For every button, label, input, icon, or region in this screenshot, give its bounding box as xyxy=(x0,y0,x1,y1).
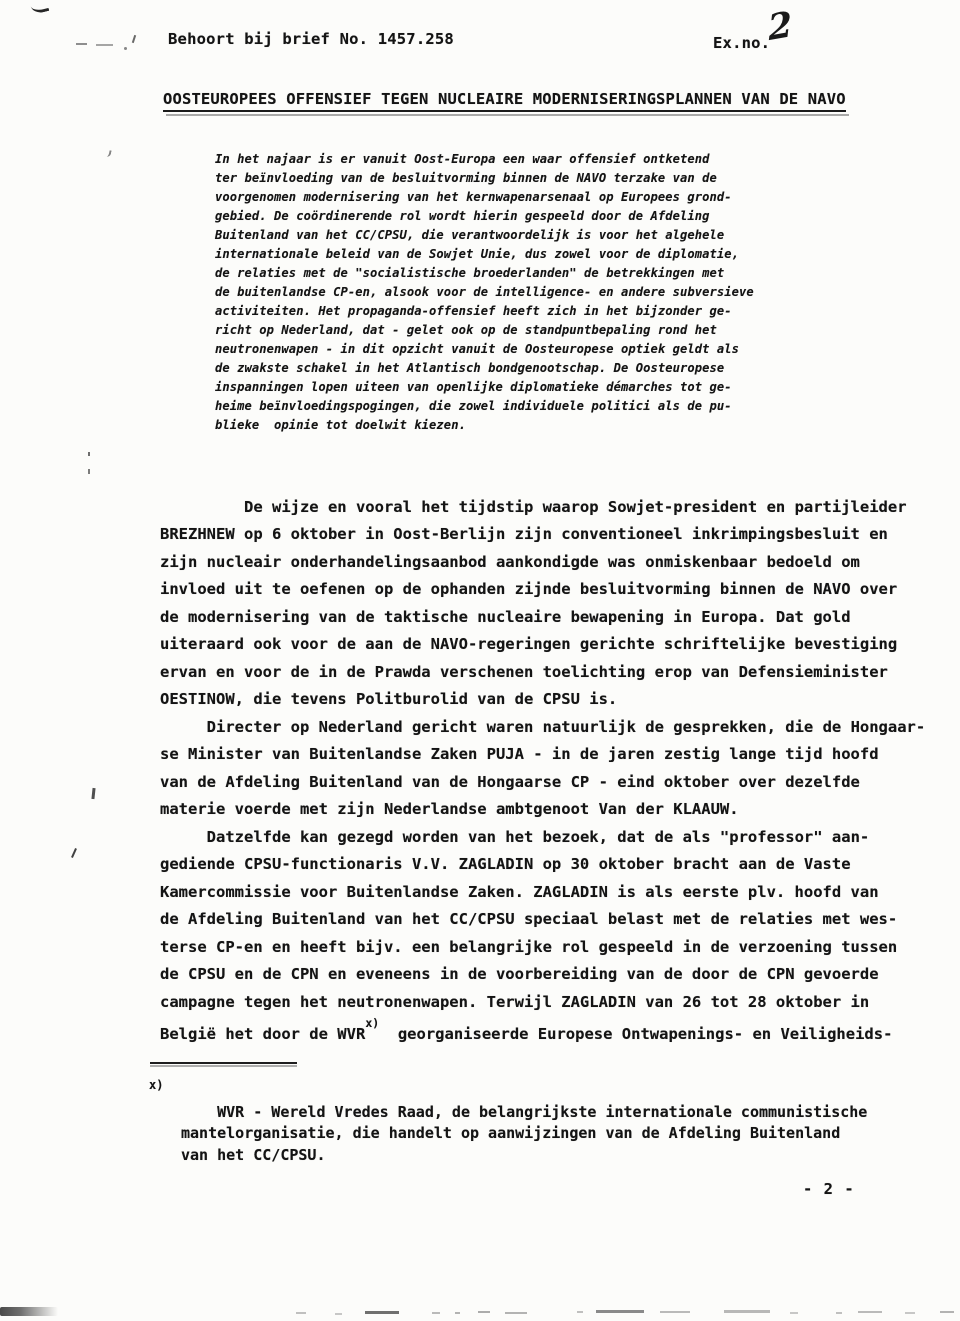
header-reference: Behoort bij brief No. 1457.258 xyxy=(168,30,454,48)
scan-artifact-edge-dash xyxy=(596,1310,644,1313)
page-number: - 2 - xyxy=(803,1180,855,1198)
scanned-document-page: Behoort bij brief No. 1457.258 Ex.no. 2 … xyxy=(0,0,960,1321)
scan-artifact-dot xyxy=(124,47,127,50)
scan-artifact-edge-dash xyxy=(790,1312,798,1314)
scan-artifact-edge-dash xyxy=(905,1312,915,1314)
scan-artifact-edge-dash xyxy=(724,1310,770,1313)
scan-artifact-edge-dash xyxy=(335,1313,342,1315)
body-paragraph-1: De wijze en vooral het tijdstip waarop S… xyxy=(160,498,907,709)
scan-artifact-edge-dash xyxy=(836,1312,842,1314)
scan-artifact-edge-dash xyxy=(478,1311,490,1313)
footnote-marker: x) xyxy=(149,1075,163,1097)
body-paragraph-3-continued: georganiseerde Europese Ontwapenings- en… xyxy=(379,1025,892,1043)
exemplar-number-label: Ex.no. xyxy=(713,34,770,52)
document-title: OOSTEUROPEES OFFENSIEF TEGEN NUCLEAIRE M… xyxy=(163,90,846,112)
footnote: x)WVR - Wereld Vredes Raad, de belangrij… xyxy=(181,1080,881,1188)
scan-artifact-smudge xyxy=(76,43,87,45)
scan-artifact-edge-dash xyxy=(365,1311,399,1314)
scan-artifact-margin-mark xyxy=(91,788,95,799)
body-text: De wijze en vooral het tijdstip waarop S… xyxy=(160,466,935,1076)
scan-artifact-bottom-smudge xyxy=(0,1307,58,1316)
scan-artifact-edge-dash xyxy=(432,1312,440,1314)
body-paragraph-3: Datzelfde kan gezegd worden van het bezo… xyxy=(160,828,897,1044)
scan-artifact-tick xyxy=(132,35,136,43)
handwritten-copy-number: 2 xyxy=(767,4,794,49)
scan-artifact-edge-dash xyxy=(296,1312,306,1314)
scan-artifact-edge-dash xyxy=(577,1311,583,1313)
scan-artifact-edge-dash xyxy=(858,1311,882,1313)
footnote-reference-marker: x) xyxy=(365,1016,379,1030)
scan-artifact-corner-tick xyxy=(30,0,50,15)
scan-artifact-comma xyxy=(105,150,111,158)
footnote-separator-rule xyxy=(150,1062,297,1064)
body-paragraph-2: Directer op Nederland gericht waren natu… xyxy=(160,718,925,819)
scan-artifact-smudge xyxy=(96,44,113,46)
scan-artifact-edge-dash xyxy=(940,1311,954,1313)
scan-artifact-edge-dash xyxy=(660,1311,690,1313)
footnote-text: WVR - Wereld Vredes Raad, de belangrijks… xyxy=(181,1103,867,1164)
summary-paragraph: In het najaar is er vanuit Oost-Europa e… xyxy=(215,150,775,435)
scan-artifact-edge-dash xyxy=(455,1312,460,1314)
scan-artifact-margin-mark xyxy=(88,452,90,474)
scan-artifact-edge-dash xyxy=(505,1312,527,1314)
scan-artifact-margin-mark xyxy=(71,848,77,858)
